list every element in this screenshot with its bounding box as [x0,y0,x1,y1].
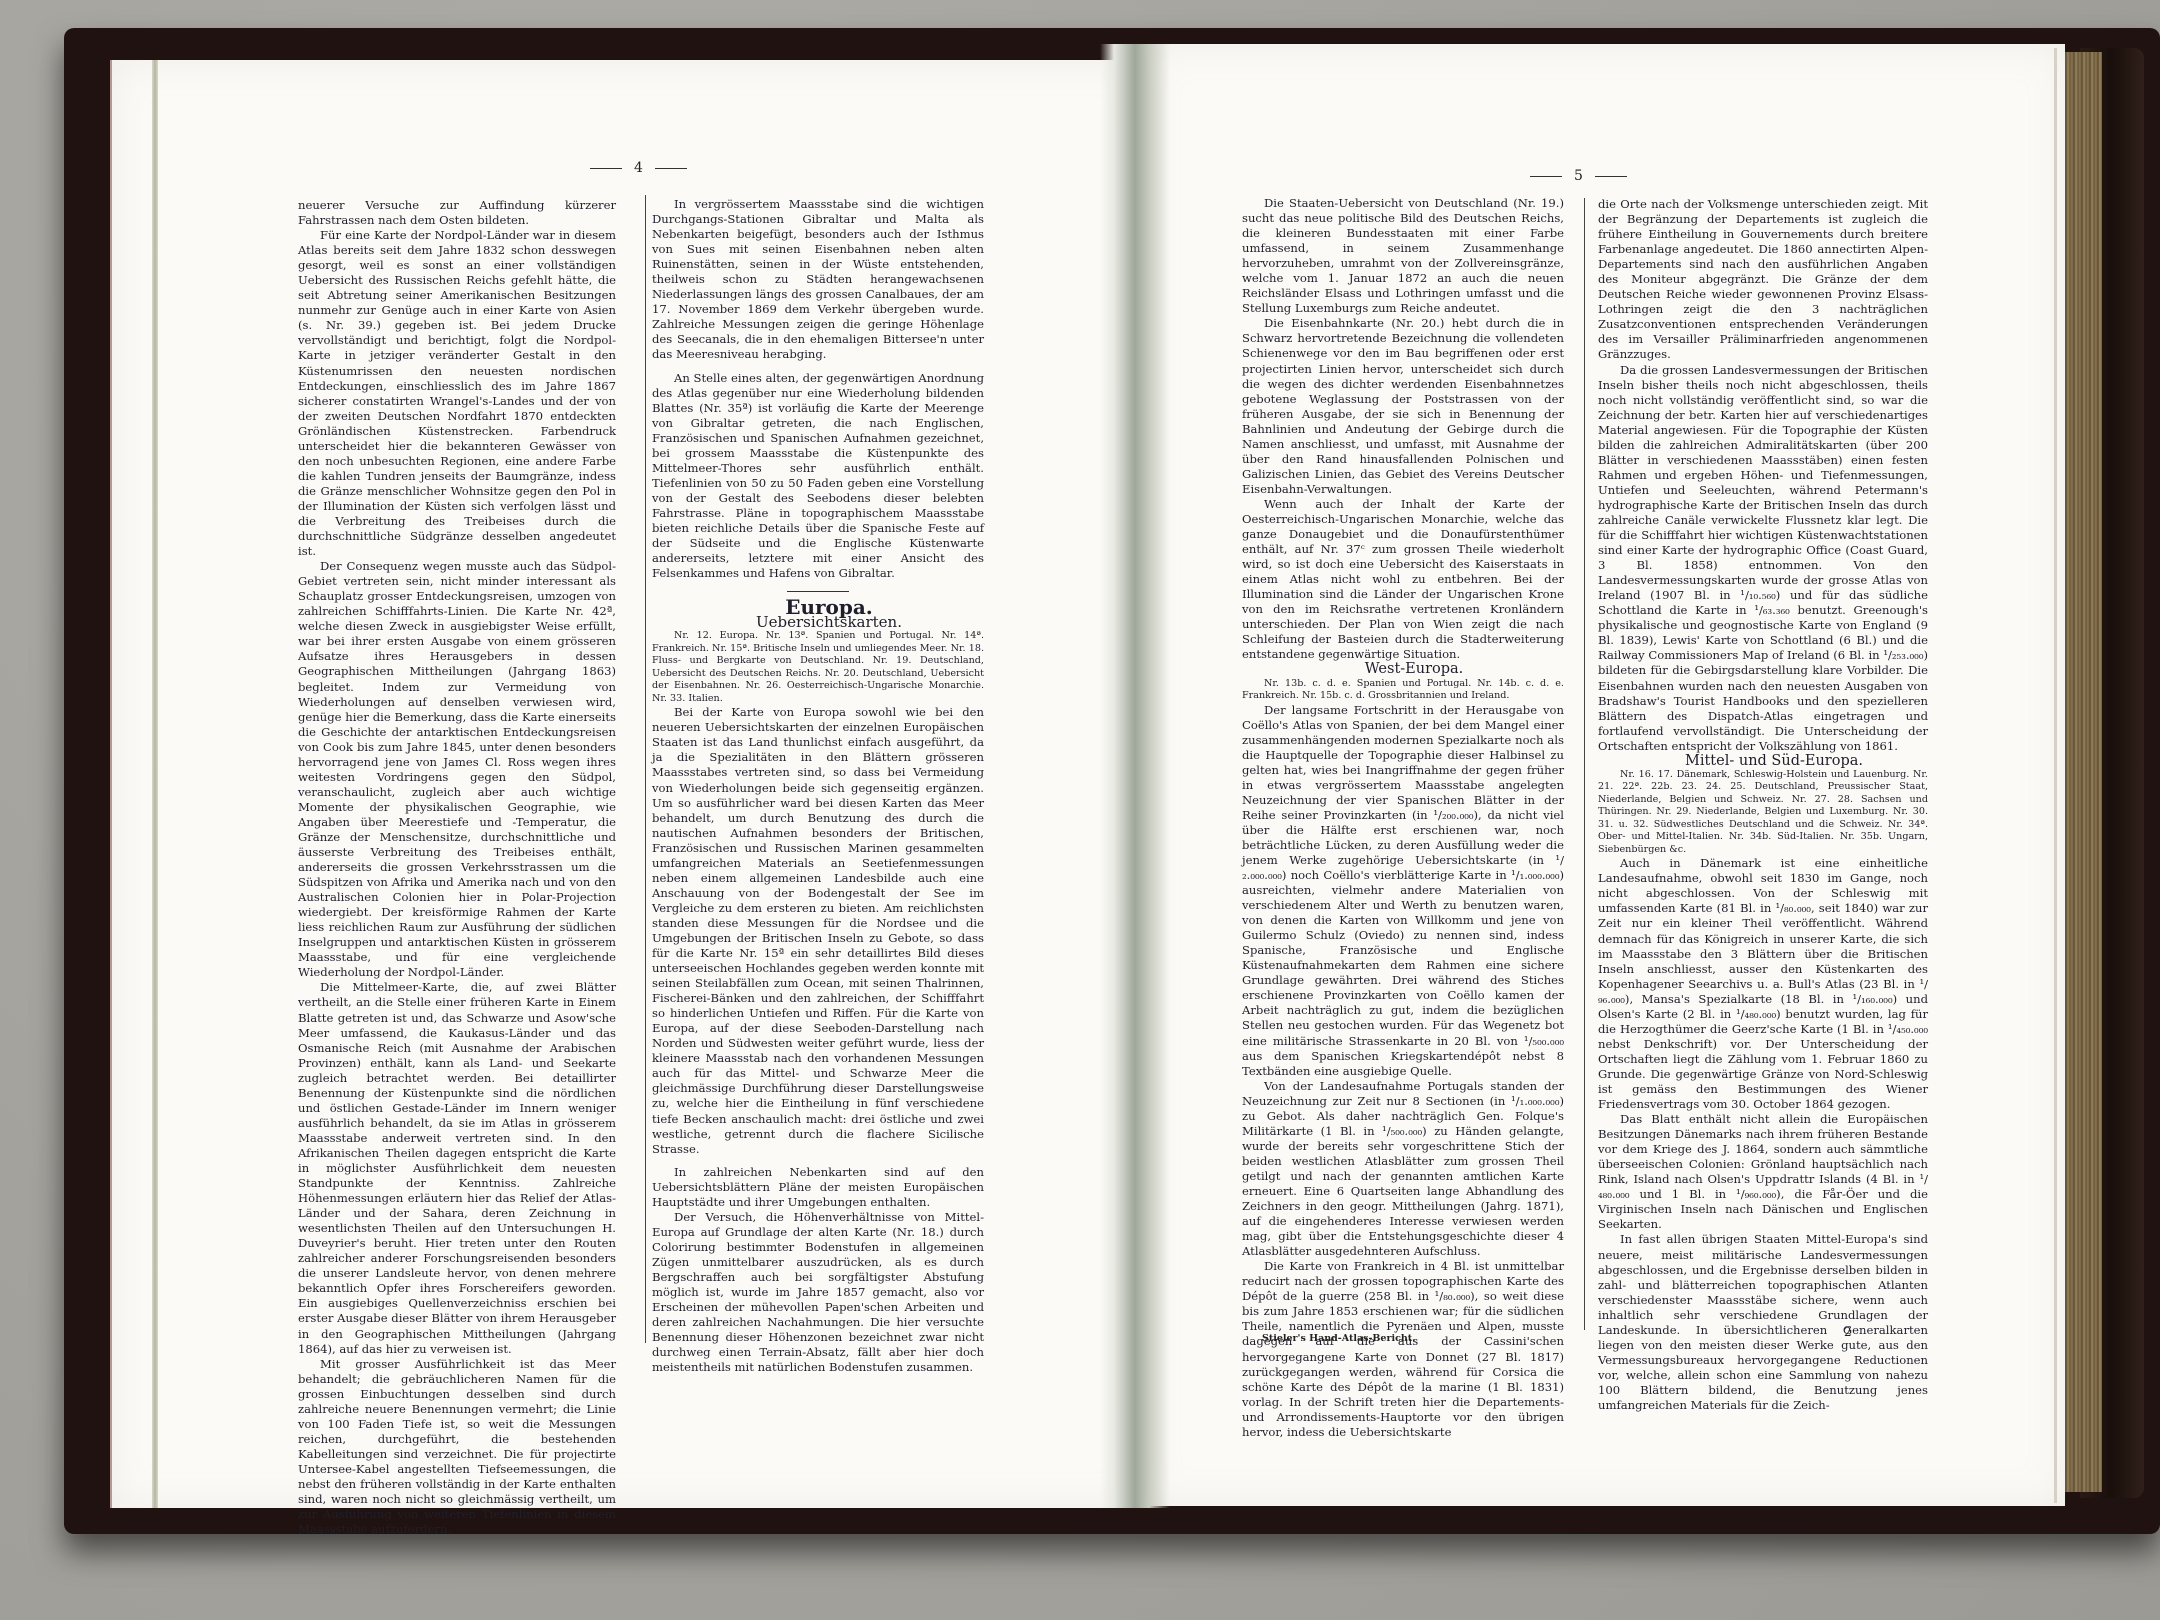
section-divider [787,591,849,592]
paragraph: Auch in Dänemark ist eine einheitliche L… [1598,856,1928,1112]
paragraph: Mit grosser Ausführlichkeit ist das Meer… [298,1357,616,1538]
right-page-column-1: Die Staaten-Uebersicht von Deutschland (… [1242,196,1564,1440]
header-dash [655,168,687,169]
section-subtitle: Uebersichtskarten. [652,615,984,630]
paragraph: Die Eisenbahnkarte (Nr. 20.) hebt durch … [1242,316,1564,497]
left-page-column-1: neuerer Versuche zur Auffindung kürzerer… [298,198,616,1537]
paragraph: Das Blatt enthält nicht allein die Europ… [1598,1112,1928,1232]
paragraph: die Orte nach der Volksmenge unterschied… [1598,197,1928,363]
paragraph: neuerer Versuche zur Auffindung kürzerer… [298,198,616,228]
header-dash [1595,176,1627,177]
column-divider [645,195,646,1343]
paragraph: In zahlreichen Nebenkarten sind auf den … [652,1165,984,1210]
paragraph: In vergrössertem Maassstabe sind die wic… [652,197,984,363]
left-page [110,60,1147,1508]
map-list: Nr. 13b. c. d. e. Spanien und Portugal. … [1242,678,1564,703]
page-header-left: 4 [590,160,687,176]
header-dash [1530,176,1562,177]
paragraph: Für eine Karte der Nordpol-Länder war in… [298,228,616,559]
paragraph: Bei der Karte von Europa sowohl wie bei … [652,705,984,1156]
page-header-right: 5 [1530,168,1627,184]
header-dash [590,168,622,169]
paragraph: Die Staaten-Uebersicht von Deutschland (… [1242,196,1564,316]
right-page-column-2: die Orte nach der Volksmenge unterschied… [1598,197,1928,1413]
right-page-edge [2054,48,2057,1503]
paragraph: Der Versuch, die Höhenverhältnisse von M… [652,1210,984,1376]
section-heading: Mittel- und Süd-Europa. [1598,754,1928,769]
paragraph: Von der Landesaufnahme Portugals standen… [1242,1079,1564,1260]
paragraph: An Stelle eines alten, der gegenwärtigen… [652,371,984,582]
paragraph: Da die grossen Landesvermessungen der Br… [1598,363,1928,754]
map-list: Nr. 16. 17. Dänemark, Schleswig-Holstein… [1598,769,1928,857]
map-list: Nr. 12. Europa. Nr. 13ª. Spanien und Por… [652,630,984,705]
page-number: 4 [634,160,643,176]
page-block-edge [2062,52,2102,1492]
column-divider [1584,198,1585,1330]
left-page-column-2: In vergrössertem Maassstabe sind die wic… [652,197,984,1375]
paragraph: In fast allen übrigen Staaten Mittel-Eur… [1598,1232,1928,1413]
left-margin-rule [152,60,158,1508]
signature-mark: 2 [1844,1325,1852,1339]
gutter [1100,44,1170,1508]
paragraph: Wenn auch der Inhalt der Karte der Oeste… [1242,497,1564,663]
section-heading: West-Europa. [1242,662,1564,677]
page-number: 5 [1574,168,1583,184]
paragraph: Der langsame Fortschritt in der Herausga… [1242,703,1564,1079]
paragraph: Die Mittelmeer-Karte, die, auf zwei Blät… [298,980,616,1356]
footer-title: Stieler's Hand-Atlas-Bericht. [1262,1333,1415,1344]
paragraph: Die Karte von Frankreich in 4 Bl. ist un… [1242,1259,1564,1440]
paragraph: Der Consequenz wegen musste auch das Süd… [298,559,616,980]
